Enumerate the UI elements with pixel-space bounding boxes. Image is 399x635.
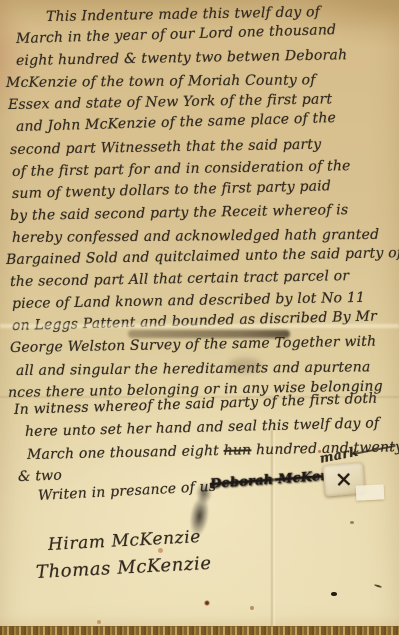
ink-speck — [374, 584, 382, 588]
struck-out-word: hun — [224, 442, 252, 459]
rust-stain — [204, 600, 210, 606]
fold-dirt-smudge — [128, 330, 290, 338]
paper-bottom-edge — [0, 626, 399, 635]
ink-speck — [350, 521, 354, 524]
horizontal-fold-crease — [0, 396, 399, 398]
date-line-pre: March one thousand eight — [27, 443, 224, 463]
rust-stain — [158, 548, 163, 553]
scanned-deed-page: This Indenture made this twelf day of Ma… — [0, 0, 399, 635]
rust-stain — [250, 606, 254, 610]
rust-stain — [97, 620, 101, 624]
faint-smudge — [228, 358, 262, 373]
deed-body-paragraph: This Indenture made this twelf day of Ma… — [0, 6, 399, 404]
date-continuation: & two — [18, 467, 62, 485]
ink-speck — [331, 592, 337, 596]
witness-signature-thomas: Thomas McKenzie — [35, 553, 212, 583]
witness-signature-hiram: Hiram McKenzie — [47, 527, 201, 555]
signature-x-mark-icon: ✕ — [335, 467, 353, 492]
vertical-fold-highlight — [273, 430, 275, 627]
ink-blot-small — [196, 482, 212, 504]
horizontal-fold-highlight — [0, 324, 399, 328]
witness-clause-line: here unto set her hand and seal this twe… — [25, 415, 380, 440]
paper-repair-patch — [356, 484, 385, 500]
red-ink-speck — [318, 450, 321, 453]
